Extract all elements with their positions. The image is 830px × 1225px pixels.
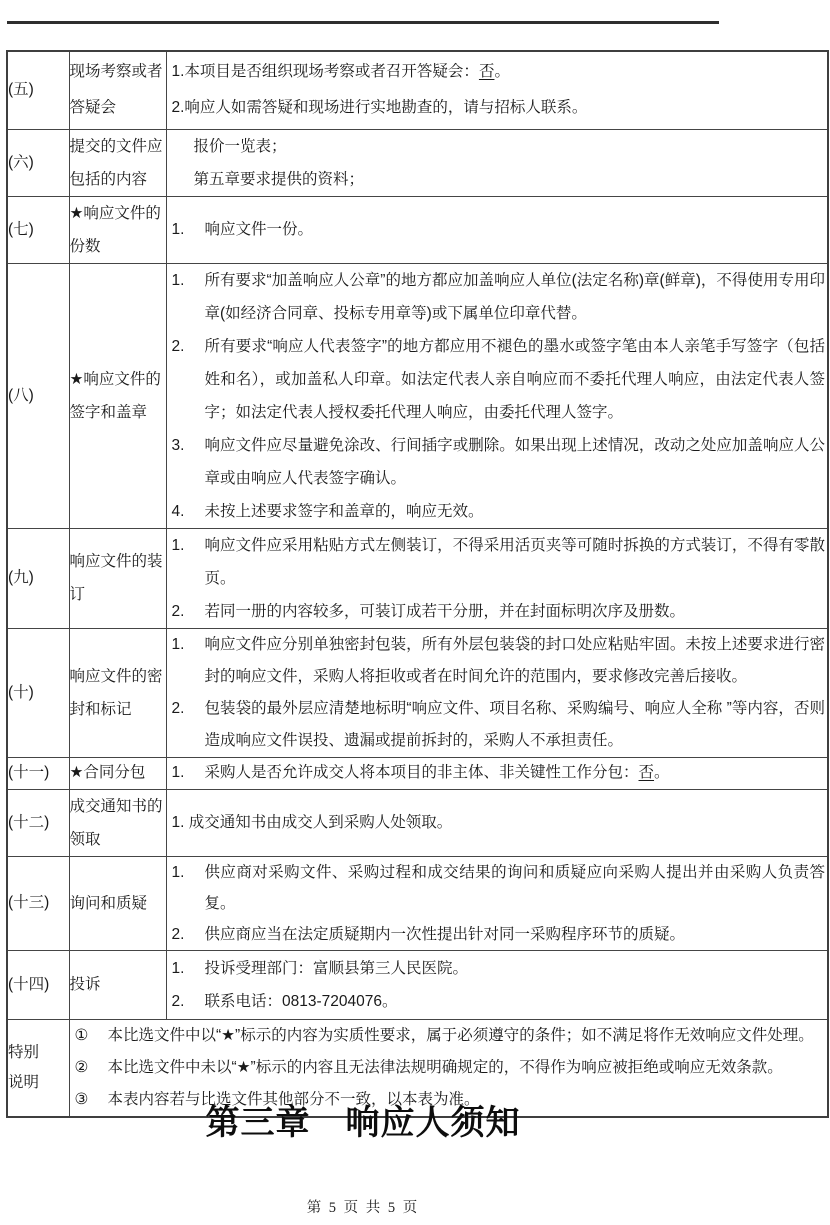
list-item: 2.若同一册的内容较多，可装订成若干分册，并在封面标明次序及册数。 (167, 595, 828, 628)
item-text: 响应文件应采用粘贴方式左侧装订，不得采用活页夹等可随时拆换的方式装订，不得有零散… (205, 529, 828, 595)
row-content: 1.响应文件应分别单独密封包装，所有外层包装袋的封口处应粘贴牢固。未按上述要求进… (166, 628, 828, 757)
underlined-answer: 否 (639, 764, 655, 781)
table-row-12: (十二) 成交通知书的 领取 1. 成交通知书由成交人到采购人处领取。 (7, 789, 828, 856)
row-label: 询问和质疑 (69, 856, 166, 950)
line-text: 1.本项目是否组织现场考察或者召开答疑会： (172, 63, 479, 80)
table-row-5: (五) 现场考察或者 答疑会 1.本项目是否组织现场考察或者召开答疑会：否。 2… (7, 51, 828, 129)
row-label: ★响应文件的 签字和盖章 (69, 263, 166, 528)
item-number: 1. (172, 529, 205, 595)
list-item: 2.联系电话：0813-7204076。 (167, 985, 828, 1018)
star-icon: ★ (70, 371, 84, 388)
item-number: 1. (172, 857, 205, 919)
item-text: 供应商应当在法定质疑期内一次性提出针对同一采购程序环节的质疑。 (205, 919, 828, 950)
list-item: 1.采购人是否允许成交人将本项目的非主体、非关键性工作分包：否。 (167, 758, 828, 788)
row-content: 1. 成交通知书由成交人到采购人处领取。 (166, 789, 828, 856)
content-line: 1. 成交通知书由成交人到采购人处领取。 (167, 806, 828, 839)
page-footer: 第 5 页 共 5 页 (7, 1196, 719, 1217)
table-row-14: (十四) 投诉 1.投诉受理部门：富顺县第三人民医院。 2.联系电话：0813-… (7, 950, 828, 1019)
list-item: 2.所有要求“响应人代表签字”的地方都应用不褪色的墨水或签字笔由本人亲笔手写签字… (167, 330, 828, 429)
row-label: 投诉 (69, 950, 166, 1019)
row-number: (六) (7, 129, 69, 196)
item-number: 2. (172, 985, 205, 1018)
item-text: 响应文件应分别单独密封包装，所有外层包装袋的封口处应粘贴牢固。未按上述要求进行密… (205, 629, 828, 693)
item-number: 4. (172, 495, 205, 528)
row-number: (九) (7, 528, 69, 628)
list-item: 1.响应文件一份。 (167, 213, 828, 246)
document-page: (五) 现场考察或者 答疑会 1.本项目是否组织现场考察或者召开答疑会：否。 2… (0, 0, 830, 1225)
list-item: ①本比选文件中以“★”标示的内容为实质性要求，属于必须遵守的条件；如不满足将作无… (70, 1020, 828, 1052)
row-label-text: 响应文件的 签字和盖章 (70, 371, 161, 421)
item-text: 联系电话：0813-7204076。 (205, 985, 828, 1018)
row-content: 1.本项目是否组织现场考察或者召开答疑会：否。 2.响应人如需答疑和现场进行实地… (166, 51, 828, 129)
list-item: ②本比选文件中未以“★”标示的内容且无法律法规明确规定的，不得作为响应被拒绝或响… (70, 1052, 828, 1084)
table-row-6: (六) 提交的文件应 包括的内容 报价一览表； 第五章要求提供的资料； (7, 129, 828, 196)
row-number: (十二) (7, 789, 69, 856)
item-text: 未按上述要求签字和盖章的，响应无效。 (205, 495, 828, 528)
list-item: 1.响应文件应分别单独密封包装，所有外层包装袋的封口处应粘贴牢固。未按上述要求进… (167, 629, 828, 693)
row-label: ★合同分包 (69, 757, 166, 789)
item-text: 所有要求“响应人代表签字”的地方都应用不褪色的墨水或签字笔由本人亲笔手写签字（包… (205, 330, 828, 429)
header-rule (7, 21, 719, 24)
item-text: 供应商对采购文件、采购过程和成交结果的询问和质疑应向采购人提出并由采购人负责答复… (205, 857, 828, 919)
item-number: 2. (172, 595, 205, 628)
line-text: 采购人是否允许成交人将本项目的非主体、非关键性工作分包： (205, 764, 639, 781)
table-row-10: (十) 响应文件的密 封和标记 1.响应文件应分别单独密封包装，所有外层包装袋的… (7, 628, 828, 757)
item-number: ② (75, 1052, 108, 1084)
item-text: 包装袋的最外层应清楚地标明“响应文件、项目名称、采购编号、响应人全称 ”等内容，… (205, 693, 828, 757)
list-item: 1.响应文件应采用粘贴方式左侧装订，不得采用活页夹等可随时拆换的方式装订，不得有… (167, 529, 828, 595)
item-text: 本比选文件中未以“★”标示的内容且无法律法规明确规定的，不得作为响应被拒绝或响应… (108, 1052, 828, 1084)
item-number: 1. (172, 213, 205, 246)
list-item: 4.未按上述要求签字和盖章的，响应无效。 (167, 495, 828, 528)
table-row-13: (十三) 询问和质疑 1.供应商对采购文件、采购过程和成交结果的询问和质疑应向采… (7, 856, 828, 950)
list-item: 1.所有要求“加盖响应人公章”的地方都应加盖响应人单位(法定名称)章(鲜章)，不… (167, 264, 828, 330)
row-number: (七) (7, 196, 69, 263)
table-row-9: (九) 响应文件的装 订 1.响应文件应采用粘贴方式左侧装订，不得采用活页夹等可… (7, 528, 828, 628)
item-text: 响应文件一份。 (205, 213, 828, 246)
table-row-8: (八) ★响应文件的 签字和盖章 1.所有要求“加盖响应人公章”的地方都应加盖响… (7, 263, 828, 528)
list-item: 1.供应商对采购文件、采购过程和成交结果的询问和质疑应向采购人提出并由采购人负责… (167, 857, 828, 919)
item-text: 所有要求“加盖响应人公章”的地方都应加盖响应人单位(法定名称)章(鲜章)，不得使… (205, 264, 828, 330)
row-label: 成交通知书的 领取 (69, 789, 166, 856)
item-number: ① (75, 1020, 108, 1052)
item-text: 若同一册的内容较多，可装订成若干分册，并在封面标明次序及册数。 (205, 595, 828, 628)
item-text: 投诉受理部门：富顺县第三人民医院。 (205, 952, 828, 985)
underlined-answer: 否 (479, 63, 495, 80)
row-number: (十一) (7, 757, 69, 789)
list-item: 2.包装袋的最外层应清楚地标明“响应文件、项目名称、采购编号、响应人全称 ”等内… (167, 693, 828, 757)
row-label: 响应文件的装 订 (69, 528, 166, 628)
line-text: 。 (494, 63, 510, 80)
item-number: 1. (172, 952, 205, 985)
item-number: 2. (172, 919, 205, 950)
item-text: 本比选文件中以“★”标示的内容为实质性要求，属于必须遵守的条件；如不满足将作无效… (108, 1020, 828, 1052)
row-content: 1.响应文件一份。 (166, 196, 828, 263)
row-label: ★响应文件的 份数 (69, 196, 166, 263)
row-number: (五) (7, 51, 69, 129)
item-text: 响应文件应尽量避免涂改、行间插字或删除。如果出现上述情况，改动之处应加盖响应人公… (205, 429, 828, 495)
row-number: (十四) (7, 950, 69, 1019)
row-content: 1.响应文件应采用粘贴方式左侧装订，不得采用活页夹等可随时拆换的方式装订，不得有… (166, 528, 828, 628)
row-label: 响应文件的密 封和标记 (69, 628, 166, 757)
chapter-heading: 第三章 响应人须知 (7, 1101, 719, 1145)
row-content: 1.所有要求“加盖响应人公章”的地方都应加盖响应人单位(法定名称)章(鲜章)，不… (166, 263, 828, 528)
item-number: 1. (172, 264, 205, 330)
content-line: 报价一览表； (167, 130, 828, 163)
row-number: (十三) (7, 856, 69, 950)
list-item: 1.投诉受理部门：富顺县第三人民医院。 (167, 952, 828, 985)
item-text: 采购人是否允许成交人将本项目的非主体、非关键性工作分包：否。 (205, 758, 828, 788)
row-label: 提交的文件应 包括的内容 (69, 129, 166, 196)
table-row-7: (七) ★响应文件的 份数 1.响应文件一份。 (7, 196, 828, 263)
row-label-text: 响应文件的 份数 (70, 205, 161, 255)
item-number: 1. (172, 629, 205, 693)
line-text: 。 (654, 764, 670, 781)
content-line: 1.本项目是否组织现场考察或者召开答疑会：否。 (167, 54, 828, 90)
row-content: 报价一览表； 第五章要求提供的资料； (166, 129, 828, 196)
star-icon: ★ (70, 764, 84, 781)
item-number: 2. (172, 330, 205, 429)
content-line: 2.响应人如需答疑和现场进行实地勘查的，请与招标人联系。 (167, 90, 828, 126)
notice-table: (五) 现场考察或者 答疑会 1.本项目是否组织现场考察或者召开答疑会：否。 2… (6, 50, 829, 1118)
item-number: 2. (172, 693, 205, 757)
row-content: 1.投诉受理部门：富顺县第三人民医院。 2.联系电话：0813-7204076。 (166, 950, 828, 1019)
list-item: 3.响应文件应尽量避免涂改、行间插字或删除。如果出现上述情况，改动之处应加盖响应… (167, 429, 828, 495)
row-label: 现场考察或者 答疑会 (69, 51, 166, 129)
list-item: 2.供应商应当在法定质疑期内一次性提出针对同一采购程序环节的质疑。 (167, 919, 828, 950)
row-content: 1.采购人是否允许成交人将本项目的非主体、非关键性工作分包：否。 (166, 757, 828, 789)
row-content: 1.供应商对采购文件、采购过程和成交结果的询问和质疑应向采购人提出并由采购人负责… (166, 856, 828, 950)
item-number: 1. (172, 758, 205, 788)
row-label-text: 合同分包 (83, 764, 145, 781)
table-row-11: (十一) ★合同分包 1.采购人是否允许成交人将本项目的非主体、非关键性工作分包… (7, 757, 828, 789)
item-number: 3. (172, 429, 205, 495)
star-icon: ★ (70, 205, 84, 222)
row-number: (八) (7, 263, 69, 528)
row-number: (十) (7, 628, 69, 757)
content-line: 第五章要求提供的资料； (167, 163, 828, 196)
